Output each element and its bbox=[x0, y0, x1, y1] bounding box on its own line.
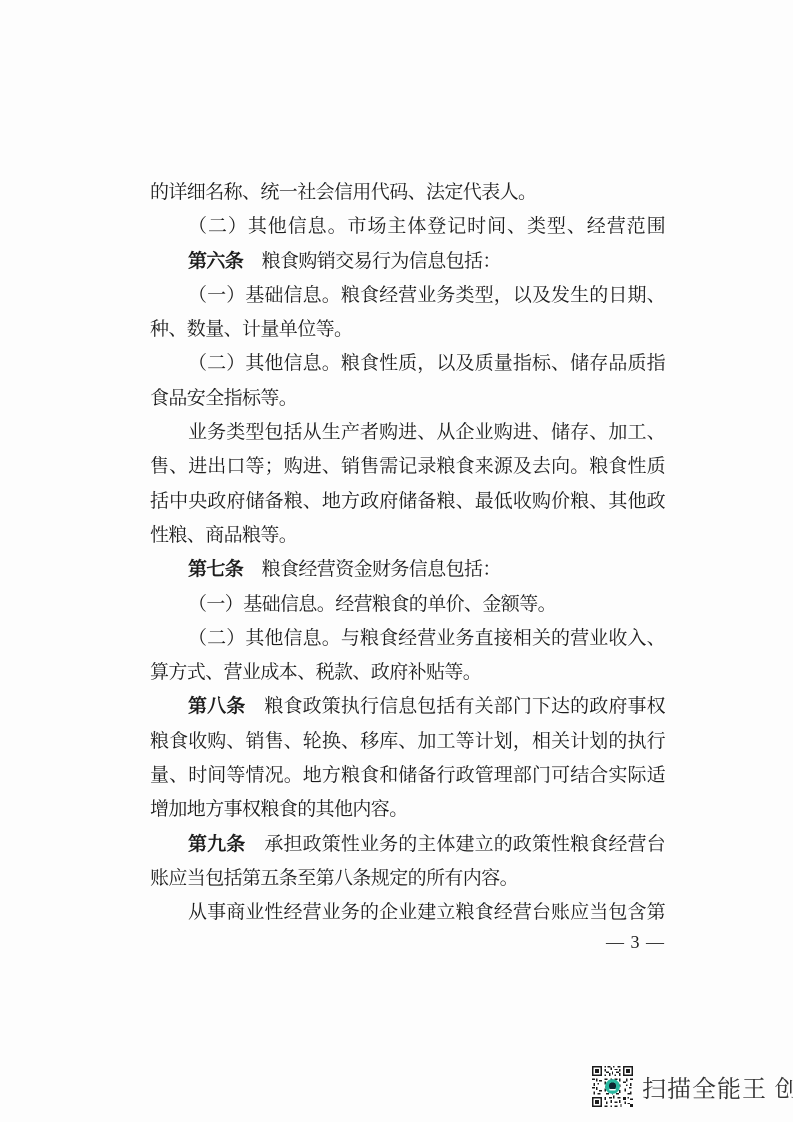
text-line: 增加地方事权粮食的其他内容。 bbox=[150, 793, 665, 827]
article-number: 第七条 bbox=[188, 559, 243, 580]
text-line: 第六条 粮食购销交易行为信息包括： bbox=[150, 245, 665, 279]
article-number: 第八条 bbox=[188, 696, 245, 717]
page-number: — 3 — bbox=[150, 932, 665, 953]
text-line: 食品安全指标等。 bbox=[150, 382, 665, 416]
scanner-watermark: 扫描全能王 创建 bbox=[592, 1066, 793, 1107]
text-line: 种、数量、计量单位等。 bbox=[150, 313, 665, 347]
text-line: （二）其他信息。与粮食经营业务直接相关的营业收入、结 bbox=[150, 622, 665, 656]
text-line: （二）其他信息。粮食性质，以及质量指标、储存品质指标、 bbox=[150, 347, 665, 381]
text-line: 粮食收购、销售、轮换、移库、加工等计划，相关计划的执行数 bbox=[150, 725, 665, 759]
document-page: 的详细名称、统一社会信用代码、法定代表人。（二）其他信息。市场主体登记时间、类型… bbox=[0, 0, 793, 1122]
text-line: 第七条 粮食经营资金财务信息包括： bbox=[150, 553, 665, 587]
text-line: （一）基础信息。经营粮食的单价、金额等。 bbox=[150, 588, 665, 622]
text-line: 第九条 承担政策性业务的主体建立的政策性粮食经营台 bbox=[150, 828, 665, 862]
article-number: 第九条 bbox=[188, 834, 245, 855]
document-body: 的详细名称、统一社会信用代码、法定代表人。（二）其他信息。市场主体登记时间、类型… bbox=[150, 176, 665, 931]
text-line: 账应当包括第五条至第八条规定的所有内容。 bbox=[150, 862, 665, 896]
text-line: 括中央政府储备粮、地方政府储备粮、最低收购价粮、其他政策 bbox=[150, 485, 665, 519]
text-line: （二）其他信息。市场主体登记时间、类型、经营范围等。 bbox=[150, 210, 665, 244]
article-number: 第六条 bbox=[188, 251, 243, 272]
text-line: 从事商业性经营业务的企业建立粮食经营台账应当包含第 bbox=[150, 896, 665, 930]
qr-code-icon bbox=[592, 1066, 633, 1107]
text-line: 算方式、营业成本、税款、政府补贴等。 bbox=[150, 656, 665, 690]
text-line: 的详细名称、统一社会信用代码、法定代表人。 bbox=[150, 176, 665, 210]
text-line: （一）基础信息。粮食经营业务类型，以及发生的日期、品 bbox=[150, 279, 665, 313]
text-line: 第八条 粮食政策执行信息包括有关部门下达的政府事权 bbox=[150, 690, 665, 724]
watermark-label: 扫描全能王 创建 bbox=[642, 1069, 793, 1104]
text-line: 性粮、商品粮等。 bbox=[150, 519, 665, 553]
text-line: 业务类型包括从生产者购进、从企业购进、储存、加工、销 bbox=[150, 416, 665, 450]
text-line: 量、时间等情况。地方粮食和储备行政管理部门可结合实际适当 bbox=[150, 759, 665, 793]
text-line: 售、进出口等；购进、销售需记录粮食来源及去向。粮食性质包 bbox=[150, 450, 665, 484]
